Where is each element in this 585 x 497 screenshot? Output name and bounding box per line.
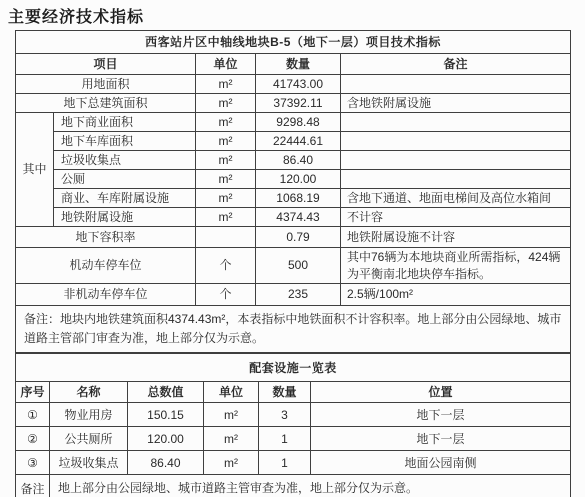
table-row: ③ 垃圾收集点 86.40 m² 1 地面公园南侧 <box>16 451 571 475</box>
cell-item: 商业、车库附属设施 <box>54 189 196 208</box>
main-table-note: 备注：地块内地铁建筑面积4374.43m²，本表指标中地铁面积不计容积率。地上部… <box>16 306 571 353</box>
cell-item: 地下商业面积 <box>54 113 196 132</box>
cell-unit: m² <box>196 94 256 113</box>
cell-quantity: 235 <box>256 284 341 306</box>
cell-total: 150.15 <box>128 403 204 427</box>
cell-no: ② <box>16 427 50 451</box>
cell-remark <box>341 151 571 170</box>
table-row: 用地面积 m² 41743.00 <box>16 75 571 94</box>
cell-remark <box>341 170 571 189</box>
facilities-table-note: 地上部分由公园绿地、城市道路主管审查为准，地上部分仅为示意。 <box>50 475 571 497</box>
cell-quantity: 1 <box>259 427 311 451</box>
column-header-no: 序号 <box>16 382 50 403</box>
cell-unit: m² <box>196 113 256 132</box>
cell-no: ① <box>16 403 50 427</box>
table-note-row: 备注：地块内地铁建筑面积4374.43m²，本表指标中地铁面积不计容积率。地上部… <box>16 306 571 353</box>
column-header-item: 项目 <box>16 54 196 75</box>
cell-unit: 个 <box>196 248 256 284</box>
cell-quantity: 22444.61 <box>256 132 341 151</box>
cell-quantity: 41743.00 <box>256 75 341 94</box>
table-row: 地铁附属设施 m² 4374.43 不计容 <box>16 208 571 227</box>
cell-quantity: 3 <box>259 403 311 427</box>
table-row: 商业、车库附属设施 m² 1068.19 含地下通道、地面电梯间及高位水箱间 <box>16 189 571 208</box>
column-header-quantity: 数量 <box>259 382 311 403</box>
cell-unit: m² <box>196 170 256 189</box>
cell-unit <box>196 227 256 248</box>
cell-unit: m² <box>196 75 256 94</box>
main-indicators-table: 西客站片区中轴线地块B-5（地下一层）项目技术指标 项目 单位 数量 备注 用地… <box>15 30 571 353</box>
cell-remark <box>341 113 571 132</box>
cell-remark <box>341 75 571 94</box>
cell-quantity: 37392.11 <box>256 94 341 113</box>
cell-item: 地铁附属设施 <box>54 208 196 227</box>
cell-remark: 其中76辆为本地块商业所需指标，424辆为平衡南北地块停车指标。 <box>341 248 571 284</box>
cell-quantity: 4374.43 <box>256 208 341 227</box>
cell-remark: 含地铁附属设施 <box>341 94 571 113</box>
page-title: 主要经济技术指标 <box>8 4 585 27</box>
cell-item: 机动车停车位 <box>16 248 196 284</box>
table-row: 非机动车停车位 个 235 2.5辆/100m² <box>16 284 571 306</box>
cell-unit: m² <box>196 151 256 170</box>
table-header-row: 序号 名称 总数值 单位 数量 位置 <box>16 382 571 403</box>
cell-unit: 个 <box>196 284 256 306</box>
cell-name: 公共厕所 <box>50 427 128 451</box>
table-header-row: 项目 单位 数量 备注 <box>16 54 571 75</box>
table-row: 配套设施一览表 <box>16 354 571 382</box>
cell-quantity: 120.00 <box>256 170 341 189</box>
table-row: 垃圾收集点 m² 86.40 <box>16 151 571 170</box>
cell-total: 86.40 <box>128 451 204 475</box>
cell-unit: m² <box>204 451 259 475</box>
table-note-row: 备注 地上部分由公园绿地、城市道路主管审查为准，地上部分仅为示意。 <box>16 475 571 497</box>
cell-no: ③ <box>16 451 50 475</box>
cell-remark: 2.5辆/100m² <box>341 284 571 306</box>
note-label-cell: 备注 <box>16 475 50 497</box>
cell-unit: m² <box>204 427 259 451</box>
cell-item: 用地面积 <box>16 75 196 94</box>
cell-remark: 含地下通道、地面电梯间及高位水箱间 <box>341 189 571 208</box>
cell-item: 非机动车停车位 <box>16 284 196 306</box>
cell-location: 地下一层 <box>311 403 571 427</box>
cell-remark: 地铁附属设施不计容 <box>341 227 571 248</box>
main-table-title: 西客站片区中轴线地块B-5（地下一层）项目技术指标 <box>16 31 571 54</box>
cell-item: 地下总建筑面积 <box>16 94 196 113</box>
cell-unit: m² <box>196 132 256 151</box>
table-row: ① 物业用房 150.15 m² 3 地下一层 <box>16 403 571 427</box>
table-row: 其中 地下商业面积 m² 9298.48 <box>16 113 571 132</box>
column-header-name: 名称 <box>50 382 128 403</box>
table-row: 地下总建筑面积 m² 37392.11 含地铁附属设施 <box>16 94 571 113</box>
cell-item: 垃圾收集点 <box>54 151 196 170</box>
column-header-quantity: 数量 <box>256 54 341 75</box>
cell-quantity: 86.40 <box>256 151 341 170</box>
cell-location: 地面公园南侧 <box>311 451 571 475</box>
cell-location: 地下一层 <box>311 427 571 451</box>
cell-unit: m² <box>204 403 259 427</box>
cell-unit: m² <box>196 189 256 208</box>
group-label-cell: 其中 <box>16 113 54 227</box>
table-row: ② 公共厕所 120.00 m² 1 地下一层 <box>16 427 571 451</box>
facilities-table-title: 配套设施一览表 <box>16 354 571 382</box>
table-row: 公厕 m² 120.00 <box>16 170 571 189</box>
cell-item: 地下车库面积 <box>54 132 196 151</box>
table-row: 西客站片区中轴线地块B-5（地下一层）项目技术指标 <box>16 31 571 54</box>
cell-unit: m² <box>196 208 256 227</box>
column-header-remark: 备注 <box>341 54 571 75</box>
cell-quantity: 500 <box>256 248 341 284</box>
column-header-unit: 单位 <box>196 54 256 75</box>
cell-quantity: 0.79 <box>256 227 341 248</box>
cell-total: 120.00 <box>128 427 204 451</box>
column-header-unit: 单位 <box>204 382 259 403</box>
cell-quantity: 9298.48 <box>256 113 341 132</box>
table-row: 地下车库面积 m² 22444.61 <box>16 132 571 151</box>
column-header-location: 位置 <box>311 382 571 403</box>
cell-quantity: 1 <box>259 451 311 475</box>
cell-name: 垃圾收集点 <box>50 451 128 475</box>
cell-remark: 不计容 <box>341 208 571 227</box>
cell-item: 公厕 <box>54 170 196 189</box>
table-row: 地下容积率 0.79 地铁附属设施不计容 <box>16 227 571 248</box>
cell-name: 物业用房 <box>50 403 128 427</box>
column-header-total: 总数值 <box>128 382 204 403</box>
cell-item: 地下容积率 <box>16 227 196 248</box>
cell-remark <box>341 132 571 151</box>
cell-quantity: 1068.19 <box>256 189 341 208</box>
table-row: 机动车停车位 个 500 其中76辆为本地块商业所需指标，424辆为平衡南北地块… <box>16 248 571 284</box>
facilities-table: 配套设施一览表 序号 名称 总数值 单位 数量 位置 ① 物业用房 150.15… <box>15 353 571 497</box>
